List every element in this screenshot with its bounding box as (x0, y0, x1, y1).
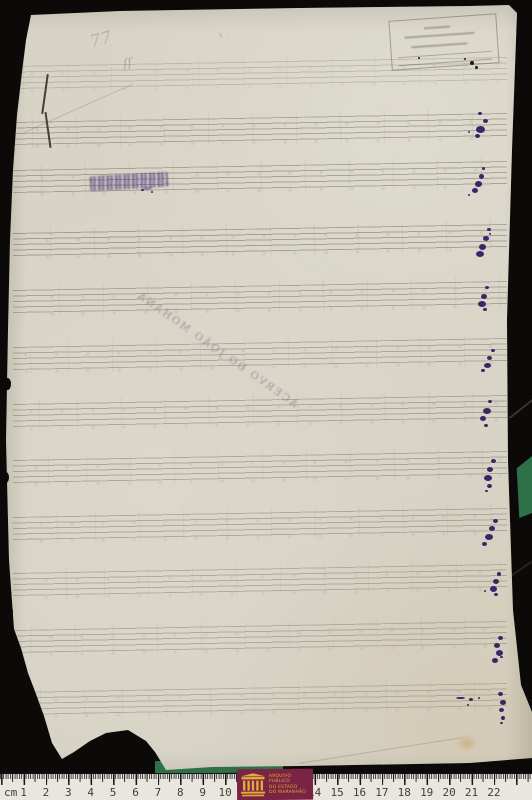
ink-blot (476, 126, 485, 133)
ink-blot (478, 112, 482, 115)
paper-crease (299, 737, 462, 764)
ink-blot (494, 643, 500, 648)
staff-notation-marks (23, 559, 502, 600)
ink-blot (493, 519, 498, 523)
scanned-manuscript-stage: ACERVO DO JOÃO MOHANA 77ſſx · cm 1234567… (0, 0, 532, 800)
ruler-number: 3 (65, 786, 72, 799)
logo-text-line: DO MARANHÃO (269, 789, 306, 795)
ink-blot (500, 656, 503, 658)
edge-notch (6, 606, 13, 618)
ink-blot (483, 236, 489, 241)
staff-notation-marks (23, 219, 502, 260)
pencil-scribble: 77 (88, 28, 114, 53)
ink-blot (497, 572, 501, 576)
ink-blot (500, 722, 503, 724)
ink-blot (141, 189, 144, 191)
ink-blot (475, 181, 482, 187)
ink-blot (467, 704, 469, 706)
sheet-music-paper: ACERVO DO JOÃO MOHANA 77ſſx · (0, 0, 532, 800)
archive-building-icon (240, 773, 266, 797)
staff-system (13, 395, 507, 427)
archive-logo-text: ARQUIVO PÚBLICO DO ESTADO DO MARANHÃO (269, 774, 306, 795)
ink-blot (478, 301, 486, 307)
ink-blot (500, 700, 506, 705)
ink-blot (483, 408, 491, 414)
ruler-number: 8 (177, 786, 184, 799)
staff-notation-marks (23, 108, 502, 149)
ruler-number: 5 (110, 786, 117, 799)
ink-blot (472, 188, 478, 193)
staff-system (13, 113, 507, 145)
stain (452, 730, 482, 756)
staff-system (13, 281, 507, 313)
ruler-number: 17 (375, 786, 388, 799)
edge-notch (4, 378, 11, 390)
pencil-scribble: ſſ (122, 55, 133, 70)
dark-speck (475, 66, 478, 69)
dark-speck (470, 61, 474, 65)
background-streak (509, 399, 532, 419)
ruler-number: 2 (43, 786, 50, 799)
archive-stamp-box (388, 13, 499, 70)
ink-blot (482, 167, 485, 170)
ink-blot (494, 593, 498, 596)
ink-blot (476, 251, 484, 257)
ruler-number: 10 (218, 786, 231, 799)
ink-blot (498, 692, 503, 696)
ink-blot (487, 467, 493, 472)
staff-system (13, 451, 507, 483)
staff-system (13, 224, 507, 256)
stamp-text-line (424, 26, 450, 30)
dark-speck (464, 58, 466, 60)
ruler-number: 9 (199, 786, 206, 799)
ink-blot (484, 590, 486, 592)
staff-notation-marks (23, 616, 502, 657)
ruler-number: 4 (87, 786, 94, 799)
green-card-corner (515, 456, 532, 518)
ink-blot (483, 119, 488, 123)
staff-notation-marks (23, 276, 502, 317)
pencil-scribble: x · (218, 30, 229, 41)
ruler-number: 6 (132, 786, 139, 799)
ink-blot (487, 356, 492, 360)
ink-blot (482, 542, 487, 546)
staff-system (13, 683, 507, 715)
ink-blot (498, 636, 503, 640)
ruler-number: 22 (487, 786, 500, 799)
background-streak (510, 561, 532, 578)
ruler-unit-label: cm (4, 786, 17, 799)
staff-notation-marks (23, 390, 502, 431)
staff-system (13, 161, 507, 193)
ink-blot (479, 174, 484, 179)
ruler-number: 7 (155, 786, 162, 799)
staff-system (13, 508, 507, 540)
dark-speck (418, 57, 420, 59)
staff-notation-marks (23, 503, 502, 544)
ink-blot (483, 308, 487, 311)
ink-blot (499, 708, 504, 712)
archive-logo-patch: ARQUIVO PÚBLICO DO ESTADO DO MARANHÃO (237, 769, 313, 800)
ink-blot (475, 134, 480, 138)
ink-blot (485, 490, 488, 492)
ink-blot (491, 459, 496, 463)
staff-notation-marks (23, 446, 502, 487)
stamp-signature-box (398, 51, 492, 67)
ink-blot (489, 233, 491, 235)
ink-blot (468, 131, 470, 133)
ink-blot (151, 191, 153, 193)
ink-blot (490, 586, 497, 592)
ink-blot (485, 286, 489, 289)
ink-blot (488, 400, 492, 403)
stamp-text-line (405, 32, 475, 39)
ruler-number: 16 (353, 786, 366, 799)
staff-system (13, 621, 507, 653)
ink-blot (492, 658, 498, 663)
ink-blot (456, 697, 465, 699)
staff-system (13, 564, 507, 596)
edge-notch (3, 472, 9, 483)
ruler-number: 19 (420, 786, 433, 799)
ink-blot (485, 534, 493, 540)
ruler-number: 21 (465, 786, 478, 799)
ink-blot (484, 363, 491, 368)
ink-blot (487, 484, 492, 488)
ruler-number: 20 (442, 786, 455, 799)
ink-blot (468, 194, 470, 196)
ink-blot (489, 526, 495, 531)
ink-blot (481, 294, 487, 299)
ink-blot (478, 697, 480, 699)
ink-blot (484, 424, 488, 427)
ruler-number: 18 (398, 786, 411, 799)
ruler-number: 1 (20, 786, 27, 799)
ink-blot (469, 698, 473, 701)
staff-notation-marks (23, 678, 502, 719)
ink-blot (493, 579, 499, 584)
ink-blot (491, 349, 495, 352)
ink-blot (501, 716, 505, 720)
ruler-number: 15 (330, 786, 343, 799)
ink-blot (480, 416, 486, 421)
ink-blot (487, 228, 491, 231)
ink-blot (484, 475, 492, 481)
ink-blot (481, 369, 485, 372)
ink-blot (479, 244, 486, 250)
stamp-text-line (411, 42, 467, 48)
